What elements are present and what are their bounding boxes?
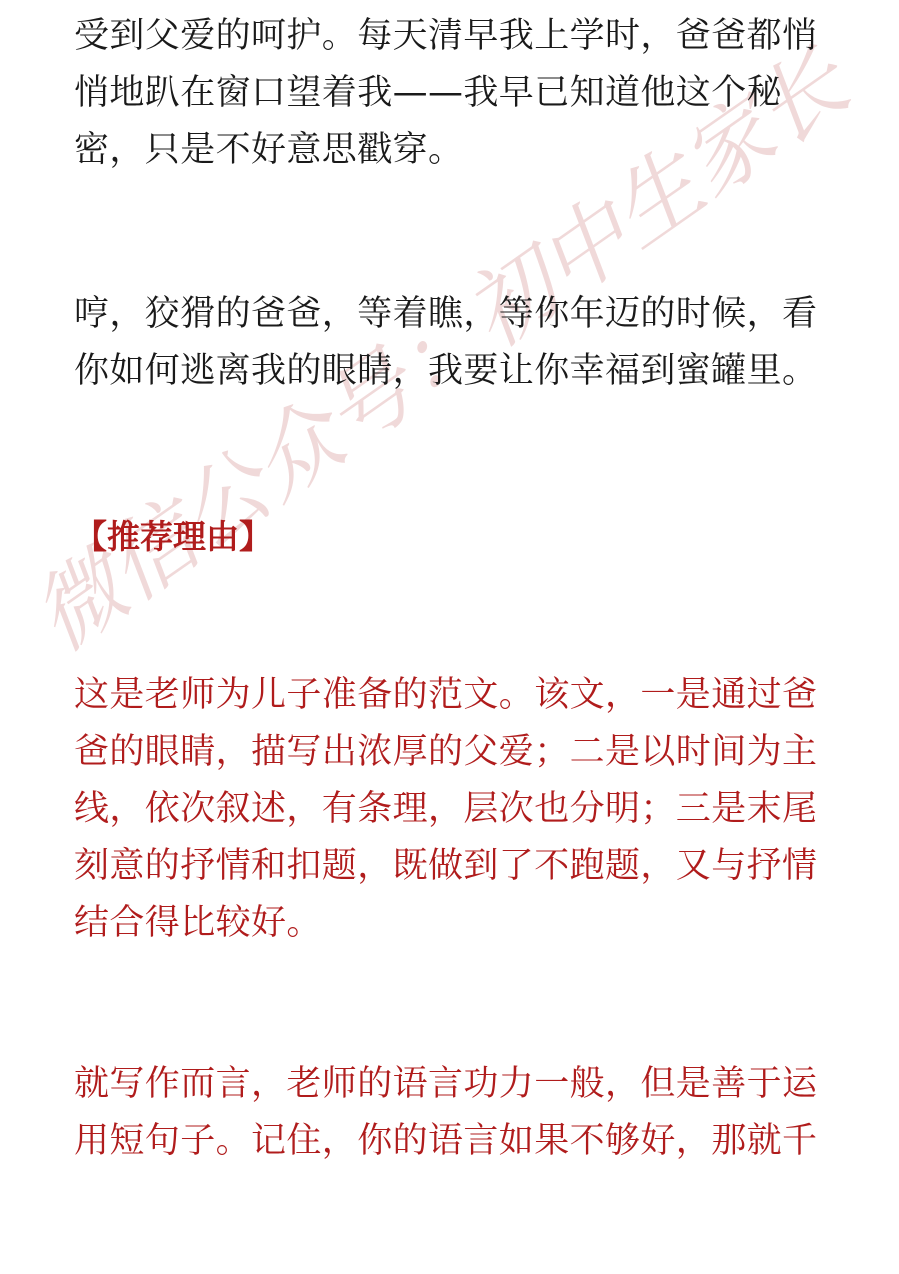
- paragraph-recommendation-2: 就写作而言，老师的语言功力一般，但是善于运 用短句子。记住，你的语言如果不够好，…: [74, 1056, 824, 1170]
- article-page: 微信公众号：初中生家长 受到父爱的呵护。每天清早我上学时，爸爸都悄 悄地趴在窗口…: [0, 0, 899, 1274]
- text-line: 结合得比较好。: [74, 903, 322, 943]
- text-line: 爸的眼睛，描写出浓厚的父爱；二是以时间为主: [74, 732, 817, 772]
- text-line: 用短句子。记住，你的语言如果不够好，那就千: [74, 1121, 817, 1161]
- text-line: 线，依次叙述，有条理，层次也分明；三是末尾: [74, 789, 817, 829]
- text-line: 你如何逃离我的眼睛，我要让你幸福到蜜罐里。: [74, 351, 817, 391]
- paragraph-recommendation-1: 这是老师为儿子准备的范文。该文，一是通过爸 爸的眼睛，描写出浓厚的父爱；二是以时…: [74, 667, 824, 952]
- section-heading-recommendation: 【推荐理由】: [74, 508, 272, 565]
- paragraph-closing: 哼，狡猾的爸爸，等着瞧，等你年迈的时候，看 你如何逃离我的眼睛，我要让你幸福到蜜…: [74, 286, 824, 400]
- text-line: 密，只是不好意思戳穿。: [74, 130, 463, 170]
- text-line: 受到父爱的呵护。每天清早我上学时，爸爸都悄: [74, 16, 817, 56]
- text-line: 刻意的抒情和扣题，既做到了不跑题，又与抒情: [74, 846, 817, 886]
- text-line: 就写作而言，老师的语言功力一般，但是善于运: [74, 1064, 817, 1104]
- text-line: 悄地趴在窗口望着我——我早已知道他这个秘: [74, 73, 782, 113]
- paragraph-father-love: 受到父爱的呵护。每天清早我上学时，爸爸都悄 悄地趴在窗口望着我——我早已知道他这…: [74, 8, 824, 179]
- text-line: 这是老师为儿子准备的范文。该文，一是通过爸: [74, 675, 817, 715]
- text-line: 哼，狡猾的爸爸，等着瞧，等你年迈的时候，看: [74, 294, 817, 334]
